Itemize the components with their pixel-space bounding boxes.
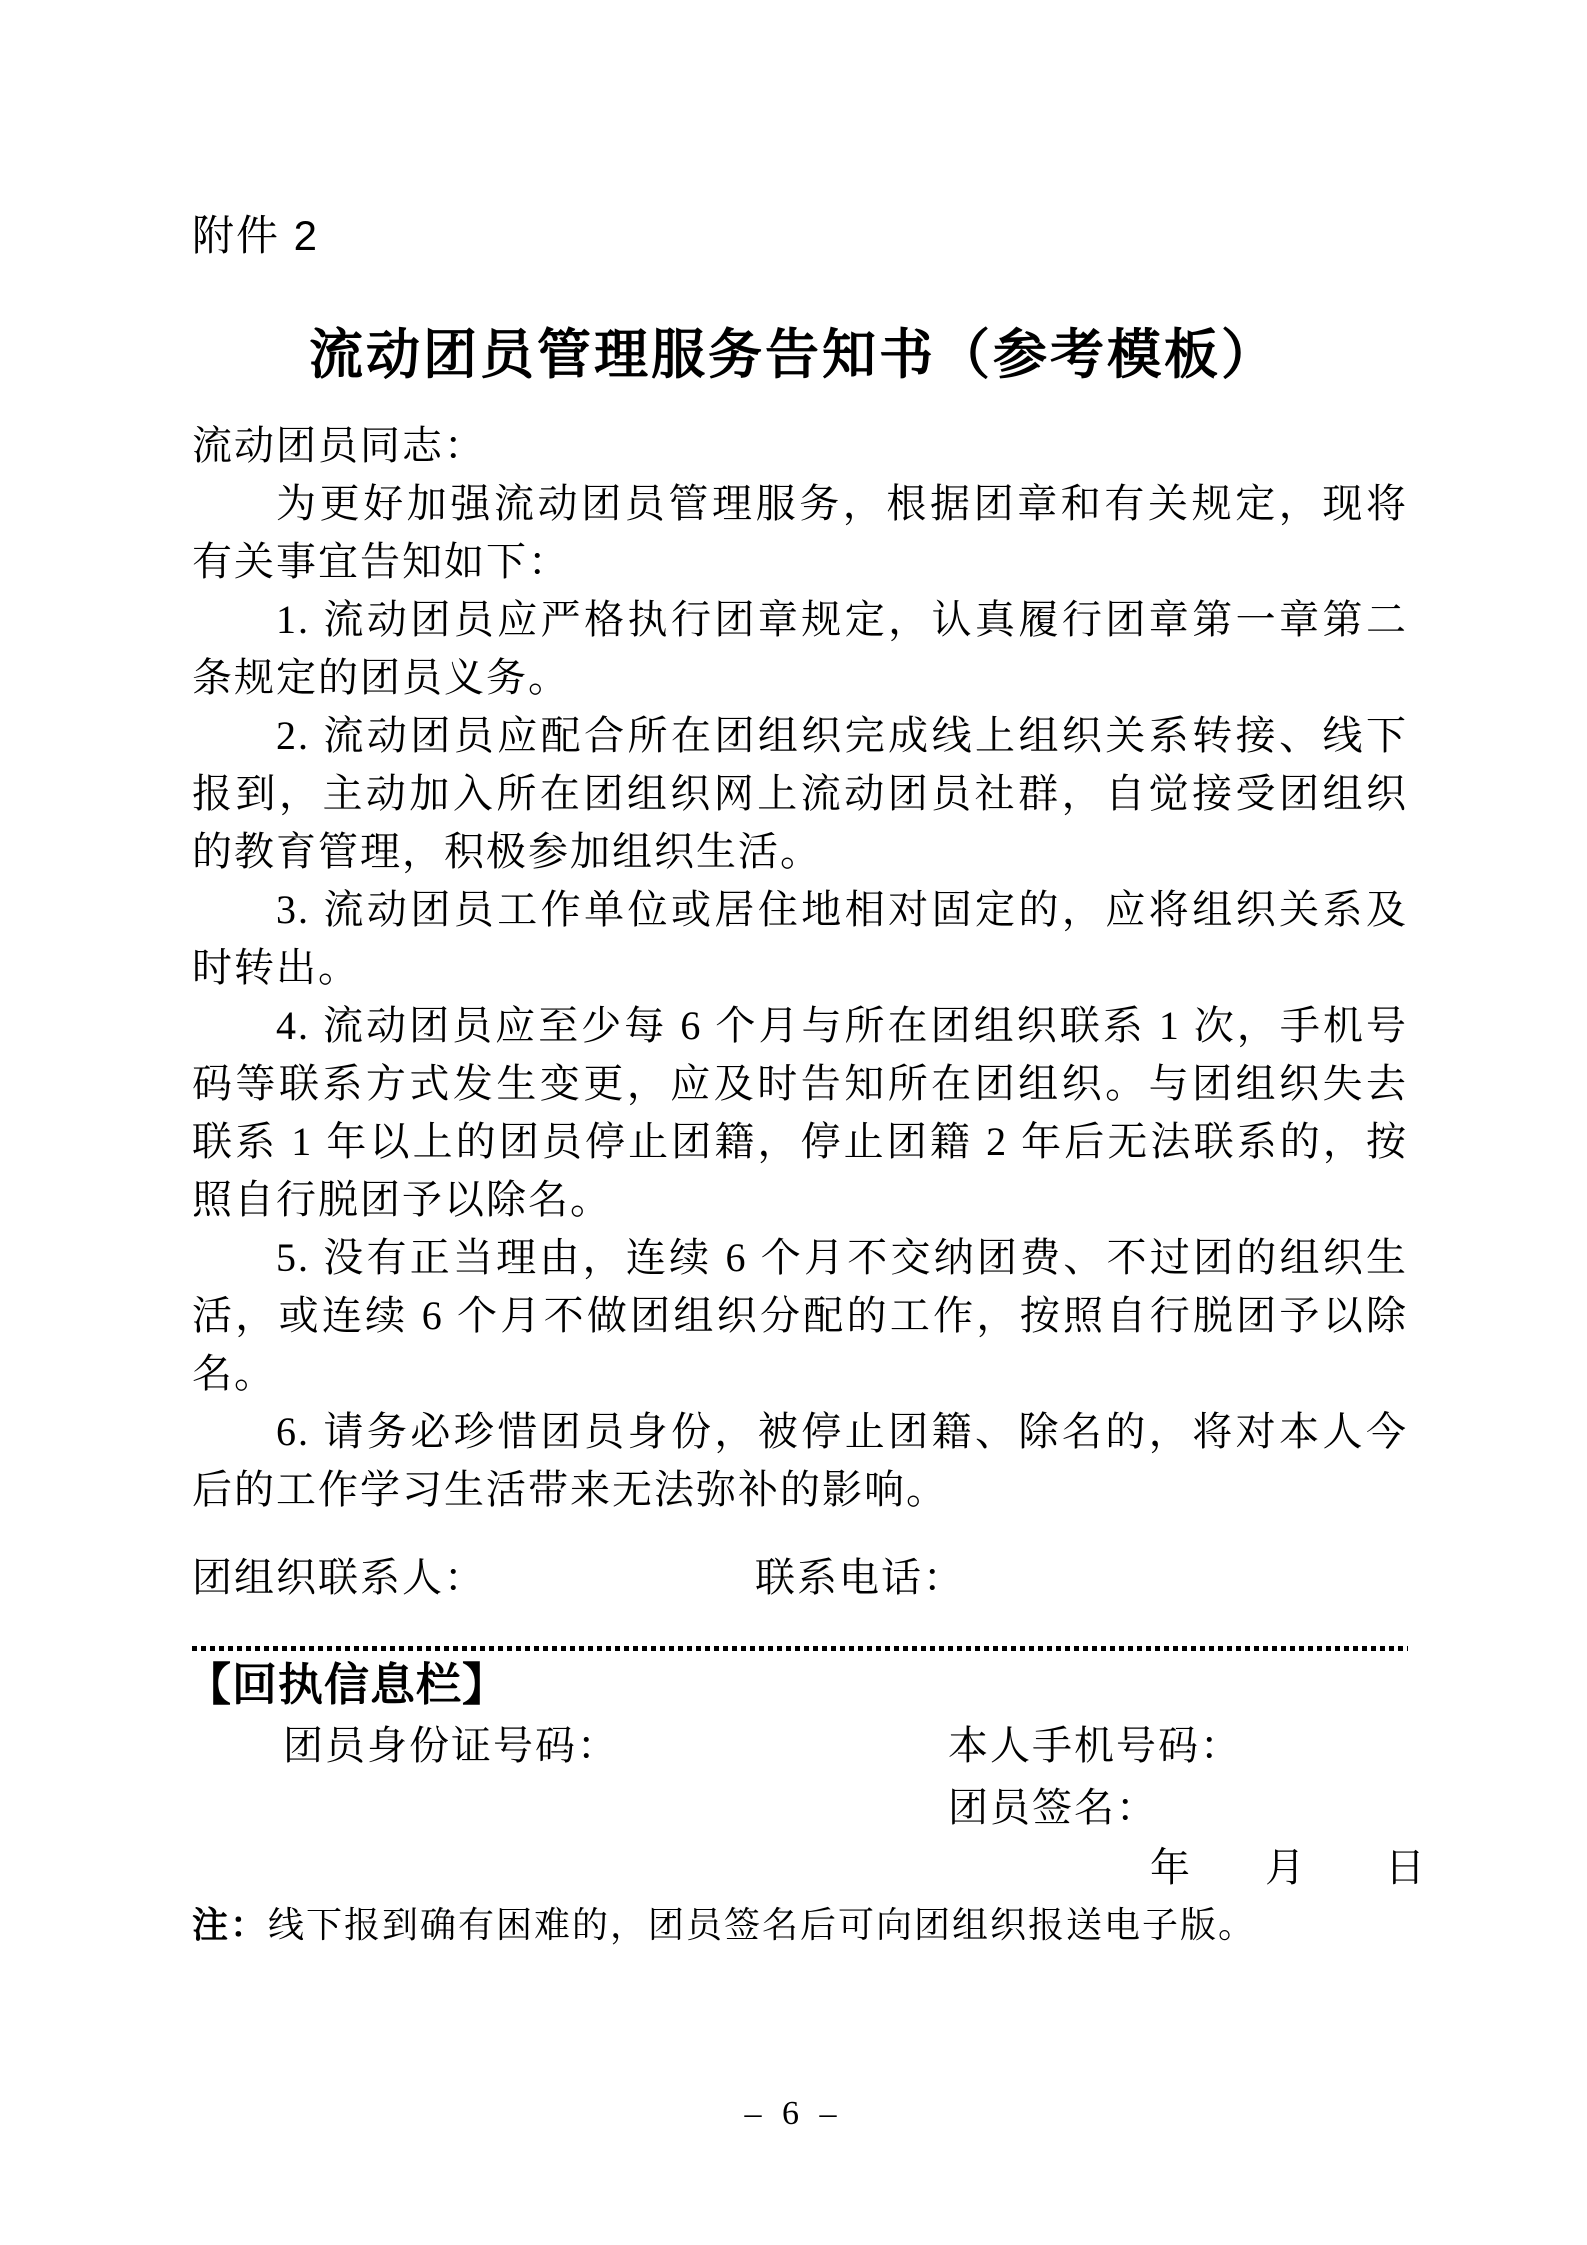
footnote-text: 线下报到确有困难的，团员签名后可向团组织报送电子版。 (268, 1905, 1256, 1945)
attachment-label: 附件 2 (192, 212, 319, 260)
notice-item-6: 6. 请务必珍惜团员身份，被停止团籍、除名的，将对本人今后的工作学习生活带来无法… (192, 1403, 1408, 1519)
footnote-label: 注： (192, 1904, 268, 1945)
notice-item-3: 3. 流动团员工作单位或居住地相对固定的，应将组织关系及时转出。 (192, 881, 1408, 997)
page-number: – 6 – (0, 2094, 1587, 2134)
mobile-number-label: 本人手机号码： (948, 1721, 1242, 1771)
contact-line: 团组织联系人： 联系电话： (192, 1549, 1408, 1607)
notice-item-1: 1. 流动团员应严格执行团章规定，认真履行团章第一章第二条规定的团员义务。 (192, 591, 1408, 707)
dotted-separator (192, 1646, 1408, 1651)
signature-label: 团员签名： (948, 1783, 1158, 1833)
date-month-label: 月 (1265, 1844, 1305, 1892)
footnote: 注：线下报到确有困难的，团员签名后可向团组织报送电子版。 (192, 1903, 1408, 1947)
salutation: 流动团员同志： (192, 417, 1408, 475)
date-year-label: 年 (1150, 1844, 1190, 1892)
notice-body: 流动团员同志： 为更好加强流动团员管理服务，根据团章和有关规定，现将有关事宜告知… (192, 417, 1408, 1519)
date-day-label: 日 (1385, 1844, 1425, 1892)
contact-phone-label: 联系电话： (755, 1549, 965, 1607)
contact-person-label: 团组织联系人： (192, 1555, 486, 1600)
notice-item-4: 4. 流动团员应至少每 6 个月与所在团组织联系 1 次，手机号码等联系方式发生… (192, 997, 1408, 1229)
member-id-label: 团员身份证号码： (283, 1721, 619, 1771)
receipt-section-header: 【回执信息栏】 (186, 1660, 508, 1710)
notice-item-5: 5. 没有正当理由，连续 6 个月不交纳团费、不过团的组织生活，或连续 6 个月… (192, 1229, 1408, 1403)
notice-item-2: 2. 流动团员应配合所在团组织完成线上组织关系转接、线下报到，主动加入所在团组织… (192, 707, 1408, 881)
document-page: 附件 2 流动团员管理服务告知书（参考模板） 流动团员同志： 为更好加强流动团员… (0, 0, 1587, 2245)
page-title: 流动团员管理服务告知书（参考模板） (0, 324, 1587, 386)
intro-paragraph: 为更好加强流动团员管理服务，根据团章和有关规定，现将有关事宜告知如下： (192, 475, 1408, 591)
